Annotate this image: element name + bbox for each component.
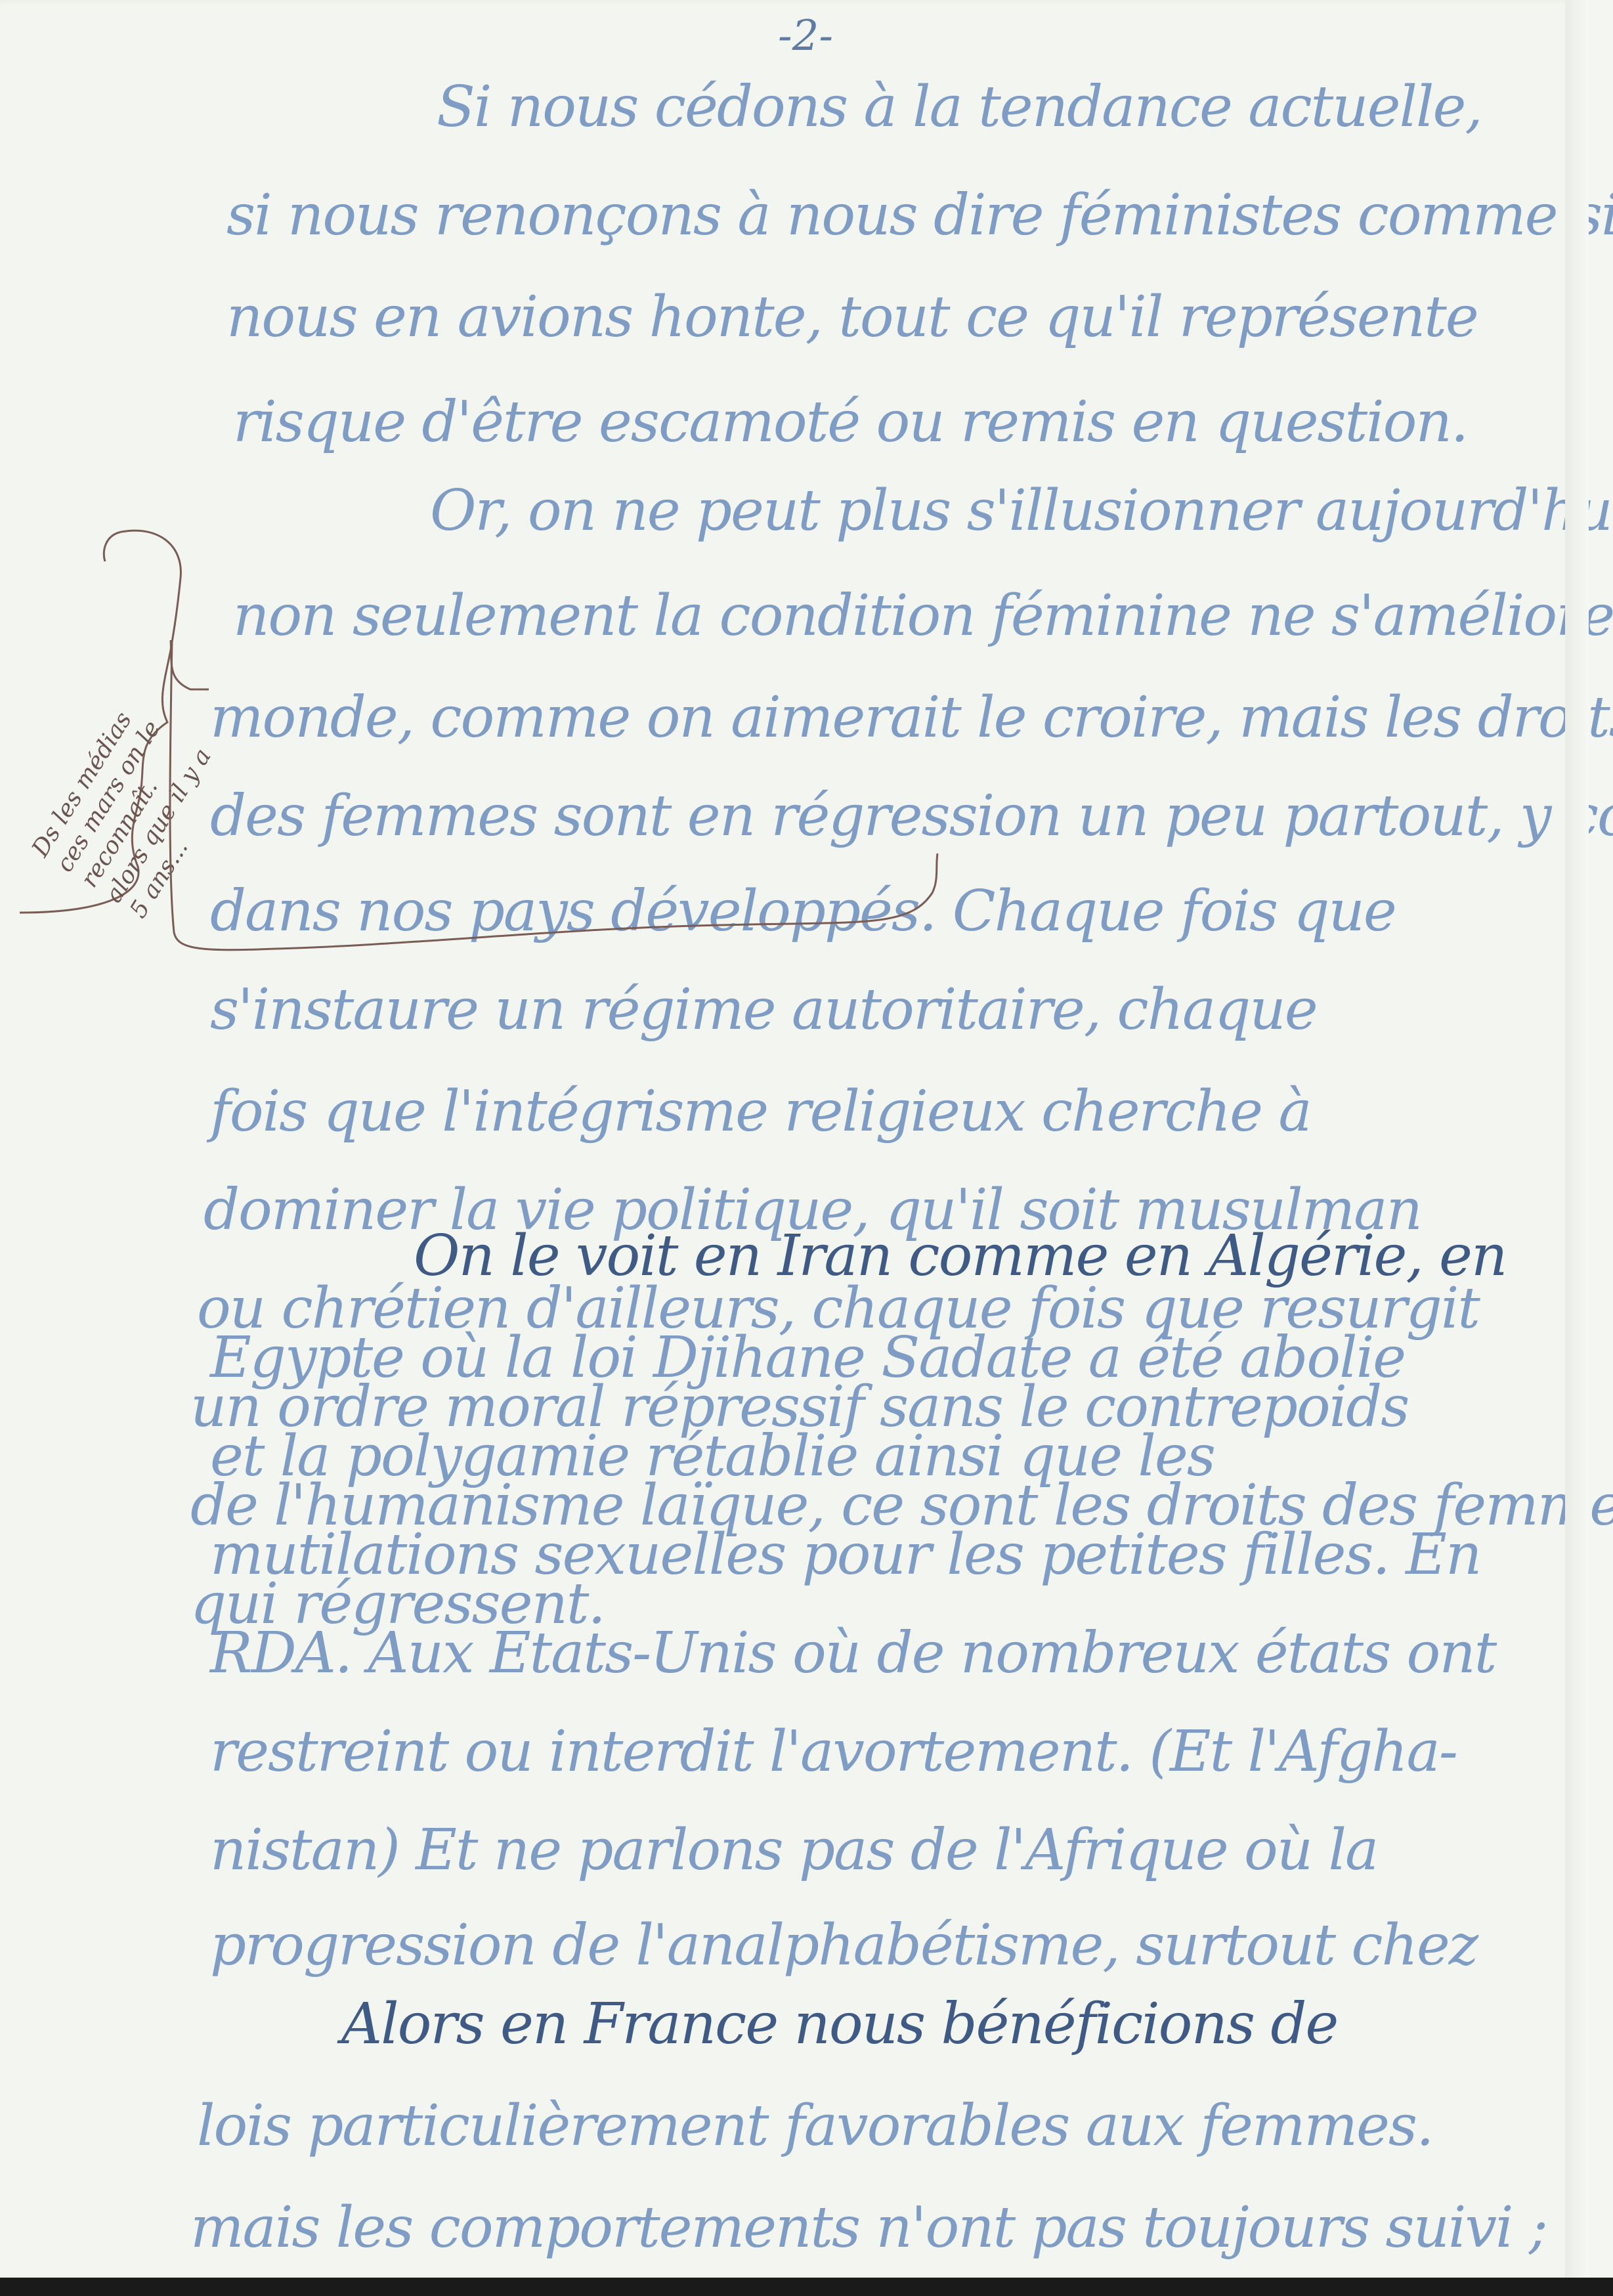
text-line: monde, comme on aimerait le croire, mais… — [210, 689, 1613, 746]
text-line: RDA. Aux Etats-Unis où de nombreux états… — [210, 1625, 1495, 1681]
scan-bottom-edge — [0, 2278, 1613, 2296]
text-line: des femmes sont en régression un peu par… — [210, 788, 1613, 844]
text-line: lois particulièrement favorables aux fem… — [197, 2098, 1432, 2154]
text-line: nous en avions honte, tout ce qu'il repr… — [226, 289, 1478, 345]
text-line-dark: Alors en France nous bénéficions de — [341, 1991, 1337, 2057]
text-line: Or, on ne peut plus s'illusionner aujour… — [430, 483, 1613, 539]
text-line: s'instaure un régime autoritaire, chaque — [210, 982, 1317, 1038]
text-line: non seulement la condition féminine ne s… — [233, 588, 1613, 644]
text-line: si nous renonçons à nous dire féministes… — [226, 187, 1613, 244]
page-edge — [1565, 0, 1589, 2278]
text-line: fois que l'intégrisme religieux cherche … — [210, 1083, 1311, 1140]
text-line: On le voit en Iran comme en Algérie, en — [414, 1228, 1506, 1284]
page-number: -2- — [778, 12, 833, 60]
text-line: et la polygamie rétablie ainsi que les — [210, 1428, 1215, 1484]
text-line: risque d'être escamoté ou remis en quest… — [233, 394, 1467, 450]
text-line: nistan) Et ne parlons pas de l'Afrique o… — [210, 1822, 1377, 1878]
circled-phrase-line: dans nos pays développés. Chaque fois qu… — [210, 883, 1396, 940]
text-line: restreint ou interdit l'avortement. (Et … — [210, 1723, 1457, 1780]
text-line: mais les comportements n'ont pas toujour… — [190, 2199, 1547, 2256]
text-line: Egypte où la loi Djihane Sadate a été ab… — [210, 1330, 1405, 1386]
text-line: Si nous cédons à la tendance actuelle, — [437, 79, 1482, 135]
text-line: mutilations sexuelles pour les petites f… — [210, 1527, 1480, 1583]
text-line-dark: On le voit en Iran comme en Algérie, en — [414, 1223, 1506, 1289]
text-line: Alors en France nous bénéficions de — [341, 1996, 1337, 2052]
text-line: progression de l'analphabétisme, surtout… — [210, 1917, 1477, 1974]
